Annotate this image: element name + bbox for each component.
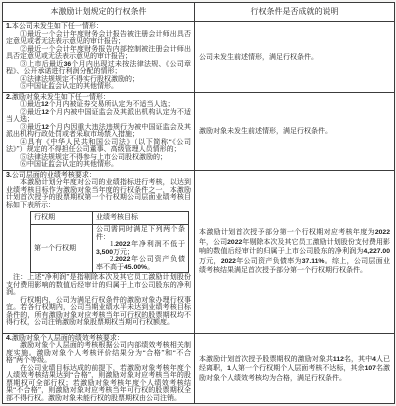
exercise-conditions-table: 本激励计划规定的行权条件 行权条件是否成就的说明 1.本公司未发生如下任一情形：… — [2, 2, 395, 404]
individual-performance-status: 本激励计划首次授予股票期权的激励对象共112名，其中4人已经离职，1人第一个行权… — [199, 355, 390, 383]
grantee-conditions-cell: 2.激励对象未发生如下任一情形： ①最近12个月内被证券交易所认定为不适当人选；… — [3, 92, 195, 170]
assessment-target-cell: 公司需同时满足下列两个条件： 1.2022年净利润不低于3,500万元； 2.2… — [93, 225, 189, 273]
assessment-target-header: 业绩考核目标 — [93, 212, 189, 225]
section1-item: ③上市后最近36个月内出现过未按法律法规、《公司章程》、公开承诺进行利润分配的情… — [6, 61, 191, 76]
grantee-conditions-status: 激励对象未发生前述情形，满足行权条件。 — [199, 127, 390, 136]
company-conditions-status-cell: 公司未发生前述情形，满足行权条件。 — [195, 22, 395, 93]
company-performance-row: 3.公司层面的业绩考核要求： 本激励计划分年度对公司的业绩指标进行考核，以达到业… — [3, 170, 395, 333]
grantee-conditions-row: 2.激励对象未发生如下任一情形： ①最近12个月内被证券交易所认定为不适当人选；… — [3, 92, 395, 170]
section3-paragraph: 行权期内，公司为满足行权条件的激励对象办理行权事宜。若各行权期内，公司当期业绩水… — [6, 297, 191, 327]
section3-intro: 本激励计划分年度对公司的业绩指标进行考核，以达到业绩考核目标作为激励对象当年度的… — [6, 179, 191, 209]
company-performance-cell: 3.公司层面的业绩考核要求： 本激励计划分年度对公司的业绩指标进行考核，以达到业… — [3, 170, 195, 333]
individual-performance-status-cell: 本激励计划首次授予股票期权的激励对象共112名，其中4人已经离职，1人第一个行权… — [195, 333, 395, 404]
section4-paragraph1: 激励对象个人层面的考核根据公司内部绩效考核相关制度实施。激励对象个人考核评价结果… — [6, 342, 191, 365]
section2-item: ③最近12个月内因重大违法违规行为被中国证监会及其派出机构行政处罚或者采取市场禁… — [6, 124, 191, 139]
net-profit-note: 注：上述“净利润”是指剔除本次及其它员工激励计划股份支付费用影响的数值后经审计的… — [6, 274, 191, 297]
company-conditions-status: 公司未发生前述情形，满足行权条件。 — [199, 53, 390, 62]
company-conditions-row: 1.本公司未发生如下任一情形： ①最近一个会计年度财务会计报告被注册会计师出具否… — [3, 22, 395, 93]
company-conditions-cell: 1.本公司未发生如下任一情形： ①最近一个会计年度财务会计报告被注册会计师出具否… — [3, 22, 195, 93]
performance-table-header-row: 行权期 业绩考核目标 — [31, 212, 189, 225]
exercise-period-header: 行权期 — [31, 212, 93, 225]
performance-target-table: 行权期 业绩考核目标 第一个行权期 公司需同时满足下列两个条件： 1.2022年… — [30, 211, 189, 273]
goal-intro: 公司需同时满足下列两个条件： — [96, 226, 185, 241]
company-performance-status-cell: 本激励计划首次授予部分第一个行权期对应考核年度为2022年，公司2022年剔除本… — [195, 170, 395, 333]
header-row: 本激励计划规定的行权条件 行权条件是否成就的说明 — [3, 3, 395, 22]
individual-performance-row: 4.激励对象个人层面的绩效考核要求： 激励对象个人层面的考核根据公司内部绩效考核… — [3, 333, 395, 404]
section1-item: ⑤中国证监会认定的其他情形。 — [6, 83, 191, 91]
document-page: 本激励计划规定的行权条件 行权条件是否成就的说明 1.本公司未发生如下任一情形：… — [2, 2, 394, 404]
performance-table-data-row: 第一个行权期 公司需同时满足下列两个条件： 1.2022年净利润不低于3,500… — [31, 225, 189, 273]
section1-item: ①最近一个会计年度财务会计报告被注册会计师出具否定意见或者无法表示意见的审计报告… — [6, 31, 191, 46]
goal-item: 1.2022年净利润不低于3,500万元； — [96, 241, 185, 256]
section2-item: ⑥中国证监会认定的其他情形。 — [6, 161, 191, 169]
section1-item: ②最近一个会计年度财务报告内部控制被注册会计师出具否定意见或无法表示意见的审计报… — [6, 46, 191, 61]
status-column-header: 行权条件是否成就的说明 — [195, 3, 395, 22]
individual-performance-cell: 4.激励对象个人层面的绩效考核要求： 激励对象个人层面的考核根据公司内部绩效考核… — [3, 333, 195, 404]
goal-item: 2.2022年公司资产负债率不高于45.00%。 — [96, 256, 185, 271]
company-performance-status: 本激励计划首次授予部分第一个行权期对应考核年度为2022年，公司2022年剔除本… — [199, 228, 390, 275]
conditions-column-header: 本激励计划规定的行权条件 — [3, 3, 195, 22]
section4-paragraph2: 在公司业绩目标达成的前提下，若激励对象考核年度个人绩效考核结果达到“合格”，则激… — [6, 365, 191, 403]
first-exercise-period-label: 第一个行权期 — [31, 225, 93, 273]
grantee-conditions-status-cell: 激励对象未发生前述情形，满足行权条件。 — [195, 92, 395, 170]
section2-item: ②最近12个月内被中国证监会及其派出机构认定为不适当人选； — [6, 109, 191, 124]
section2-item: ④具有《中华人民共和国公司法》（以下简称“《公司法》”）规定的不得担任公司董事、… — [6, 139, 191, 154]
